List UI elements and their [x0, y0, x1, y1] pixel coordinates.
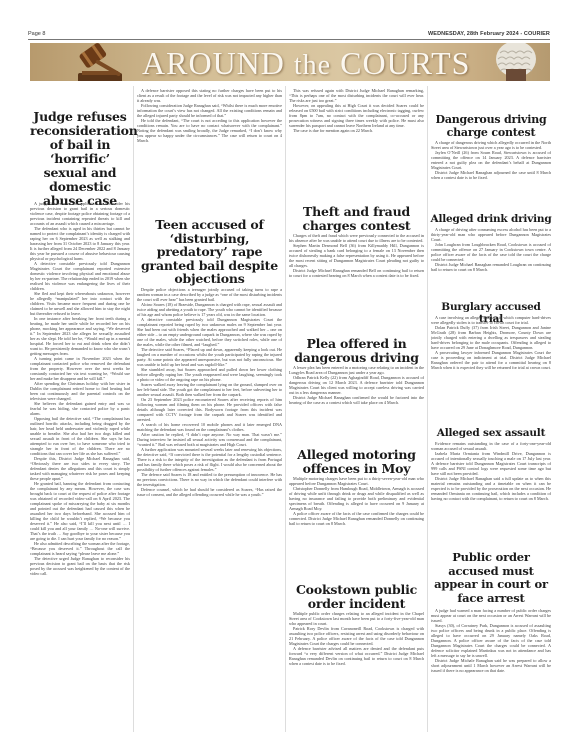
article-body: Despite police objections a teenager joi… [137, 287, 282, 732]
headline: Cookstown public order incident [289, 583, 424, 611]
article-body: A charge of dangerous driving which alle… [431, 140, 551, 198]
judge-wig-icon [492, 43, 540, 81]
headline: Dangerous driving charge contest [431, 113, 551, 139]
headline: Public order accused must appear in cour… [431, 551, 551, 605]
gavel-icon [70, 43, 130, 81]
headline: Plea offered in dangerous driving [289, 337, 424, 365]
headline: Judge refuses reconsideration of bail in… [30, 110, 130, 208]
page-header: Page 8 WEDNESDAY, 28th February 2024 - C… [28, 29, 550, 40]
headline: Alleged sex assault [431, 427, 551, 439]
column-divider [133, 86, 134, 732]
column-divider [427, 86, 428, 732]
page-number: Page 8 [28, 31, 45, 37]
article-body-continued: This was refused again with District Jud… [289, 88, 424, 158]
date-line: WEDNESDAY, 28th February 2024 - COURIER [428, 31, 550, 37]
headline: Teen accused of ‘disturbing, predatory’ … [137, 218, 282, 286]
article-body: A charge of driving after consuming exce… [431, 227, 551, 289]
article-body: Charges of theft and fraud which were pr… [289, 233, 424, 321]
headline: Alleged drink driving [429, 213, 553, 225]
section-banner: AROUND the COURTS [30, 43, 550, 81]
headline: Theft and fraud charges contest [289, 205, 424, 233]
article-body: A judge had warned a man facing a number… [431, 608, 551, 708]
headline: Alleged motoring offences in Moy [289, 448, 424, 476]
banner-title: AROUND the COURTS [142, 44, 470, 81]
article-body: Evidence remains outstanding in the case… [431, 441, 551, 537]
article-body: Multiple motoring charges have been put … [289, 476, 424, 568]
article-body: A lesser plea has been entered in a moto… [289, 365, 424, 431]
column-divider [285, 86, 286, 732]
article-body: Multiple public order charges relating t… [289, 611, 424, 721]
article-body: A case involving an alleged burglary in … [431, 315, 551, 411]
article-body-continued: A defence barrister opposed this stating… [137, 88, 282, 158]
article-body: A judge has refused an application to re… [30, 201, 130, 731]
